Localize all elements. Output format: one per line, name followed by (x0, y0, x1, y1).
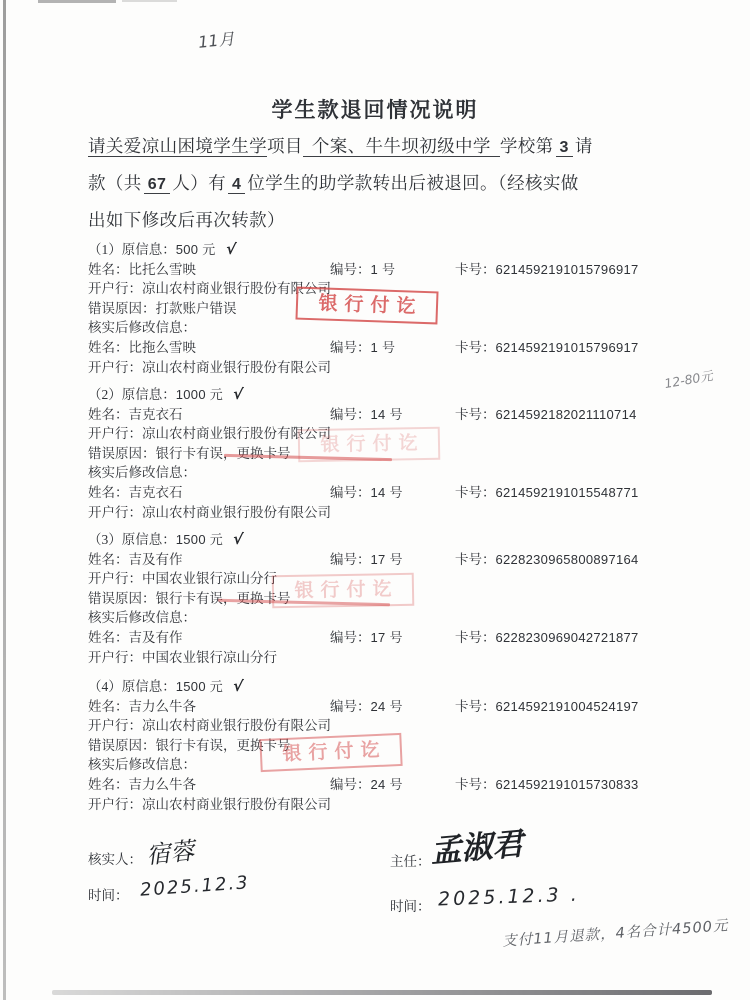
bank-value: 凉山农村商业银行股份有限公司 (142, 797, 331, 812)
number-label: 编号： (330, 407, 371, 422)
card-field: 卡号：6228230965800897164 (455, 550, 639, 570)
blank-project-name: 请关爱凉山困境学生学 (88, 136, 267, 157)
intro-run: 位学生的助学款转出后被退回。（经核实做 (247, 173, 578, 193)
card-value: 6228230965800897164 (496, 552, 639, 567)
scan-edge-left (3, 0, 6, 1000)
number-label: 编号： (330, 485, 371, 500)
checkmark-icon: √ (232, 677, 244, 698)
intro-line-3: 出如下修改后再次转款） (88, 207, 285, 232)
number-label: 编号： (330, 340, 371, 355)
intro-line-2: 款（共67人）有4位学生的助学款转出后被退回。（经核实做 (88, 170, 579, 195)
number-value: 14 号 (371, 407, 403, 422)
number-value: 1 号 (371, 340, 396, 355)
card-field: 卡号：6214592191015796917 (455, 260, 639, 280)
original-identity-row: 姓名：吉及有作 编号：17 号 卡号：6228230965800897164 (88, 550, 708, 570)
bank-value: 凉山农村商业银行股份有限公司 (142, 718, 331, 733)
card-value: 6214592191015548771 (496, 485, 639, 500)
director-date: 2025.12.3 . (438, 884, 580, 911)
number-value: 24 号 (371, 777, 403, 792)
name-value: 吉克衣石 (129, 407, 183, 422)
bank-label: 开户行： (88, 718, 142, 733)
name-value: 吉力么牛各 (129, 777, 197, 792)
original-identity-row: 姓名：比托么雪映 编号：1 号 卡号：6214592191015796917 (88, 260, 708, 280)
revised-label: 核实后修改信息： (88, 320, 196, 335)
number-label: 编号： (330, 262, 371, 277)
verifier-date: 2025.12.3 (139, 872, 250, 901)
intro-line-1: 请关爱凉山困境学生学项目个案、牛牛坝初级中学学校第3请 (88, 133, 593, 158)
number-label: 编号： (330, 699, 371, 714)
name-field: 姓名：吉及有作 (88, 630, 183, 645)
revised-identity-row: 姓名：吉及有作 编号：17 号 卡号：6228230969042721877 (88, 628, 708, 648)
bank-label: 开户行： (88, 360, 142, 375)
intro-run: 请 (575, 136, 593, 156)
name-label: 姓名： (88, 630, 129, 645)
section-header-label: （2）原信息： (88, 387, 176, 402)
bank-value: 凉山农村商业银行股份有限公司 (142, 360, 331, 375)
name-field: 姓名：比拖么雪映 (88, 340, 196, 355)
intro-run: 项目 (267, 136, 303, 156)
bank-label: 开户行： (88, 281, 142, 296)
name-field: 姓名：吉力么牛各 (88, 777, 196, 792)
original-identity-row: 姓名：吉力么牛各 编号：24 号 卡号：6214592191004524197 (88, 697, 708, 717)
card-label: 卡号： (455, 485, 496, 500)
number-field: 编号：24 号 (330, 697, 403, 717)
error-value: 银行卡有误，更换卡号 (156, 446, 291, 461)
name-value: 吉力么牛各 (129, 699, 197, 714)
revised-bank-row: 开户行：中国农业银行凉山分行 (88, 648, 708, 668)
card-label: 卡号： (455, 262, 496, 277)
intro-run: 款（共 (88, 173, 142, 193)
revised-identity-row: 姓名：比拖么雪映 编号：1 号 卡号：6214592191015796917 (88, 338, 708, 358)
name-label: 姓名： (88, 699, 129, 714)
name-label: 姓名： (88, 340, 129, 355)
bank-value: 中国农业银行凉山分行 (142, 650, 277, 665)
verifier-label: 核实人： (88, 848, 142, 868)
revised-bank-row: 开户行：凉山农村商业银行股份有限公司 (88, 795, 708, 815)
error-label: 错误原因： (88, 591, 156, 606)
number-value: 14 号 (371, 485, 403, 500)
number-label: 编号： (330, 630, 371, 645)
handwritten-payment-note: 支付11月退款，4名合计4500元 (502, 914, 729, 951)
section-header: （2）原信息：1000 元√ (88, 385, 708, 405)
section-header-label: （1）原信息： (88, 242, 176, 257)
revised-label: 核实后修改信息： (88, 757, 196, 772)
amount: 1000 元 (176, 387, 223, 402)
handwritten-month-note: 11月 (197, 26, 236, 53)
number-field: 编号：1 号 (330, 260, 395, 280)
number-label: 编号： (330, 777, 371, 792)
bank-label: 开户行： (88, 571, 142, 586)
revised-identity-row: 姓名：吉力么牛各 编号：24 号 卡号：6214592191015730833 (88, 775, 708, 795)
card-field: 卡号：6214592191004524197 (455, 697, 639, 717)
name-field: 姓名：吉克衣石 (88, 407, 183, 422)
blank-batch-number: 3 (556, 139, 573, 157)
bank-value: 中国农业银行凉山分行 (142, 571, 277, 586)
card-field: 卡号：6214592182021110714 (455, 405, 637, 425)
bank-label: 开户行： (88, 650, 142, 665)
number-label: 编号： (330, 552, 371, 567)
director-signature: 孟淑君 (428, 818, 525, 871)
amount: 500 元 (176, 242, 216, 257)
bank-label: 开户行： (88, 505, 142, 520)
verifier-time-label: 时间： (88, 884, 129, 904)
number-value: 17 号 (371, 630, 403, 645)
card-label: 卡号： (455, 407, 496, 422)
number-field: 编号：17 号 (330, 550, 403, 570)
scan-smudge (122, 0, 177, 2)
verifier-signature: 宿蓉 (144, 831, 195, 871)
error-label: 错误原因： (88, 446, 156, 461)
name-label: 姓名： (88, 262, 129, 277)
name-field: 姓名：吉克衣石 (88, 485, 183, 500)
blank-returned-count: 4 (228, 176, 245, 194)
name-label: 姓名： (88, 552, 129, 567)
scan-smudge (38, 0, 116, 3)
bank-paid-stamp: 银行付讫 (295, 287, 438, 325)
card-value: 6228230969042721877 (496, 630, 639, 645)
name-field: 姓名：吉力么牛各 (88, 699, 196, 714)
name-value: 比托么雪映 (129, 262, 197, 277)
card-label: 卡号： (455, 699, 496, 714)
director-label: 主任： (390, 850, 431, 870)
name-value: 吉及有作 (129, 630, 183, 645)
section-header: （4）原信息：1500 元√ (88, 677, 708, 697)
card-value: 6214592191015730833 (496, 777, 639, 792)
section-header-label: （3）原信息： (88, 532, 176, 547)
bank-paid-stamp: 银行付讫 (259, 733, 402, 772)
blank-total-count: 67 (144, 176, 171, 194)
number-field: 编号：24 号 (330, 775, 403, 795)
bank-label: 开户行： (88, 797, 142, 812)
intro-run: 出如下修改后再次转款） (88, 210, 285, 230)
name-label: 姓名： (88, 777, 129, 792)
card-label: 卡号： (455, 552, 496, 567)
card-value: 6214592191015796917 (496, 340, 639, 355)
number-field: 编号：14 号 (330, 483, 403, 503)
section-header: （1）原信息：500 元√ (88, 240, 708, 260)
scan-edge-bottom (52, 990, 712, 995)
name-value: 吉克衣石 (129, 485, 183, 500)
name-value: 吉及有作 (129, 552, 183, 567)
number-field: 编号：1 号 (330, 338, 395, 358)
section-header-label: （4）原信息： (88, 679, 176, 694)
name-value: 比拖么雪映 (129, 340, 197, 355)
amount: 1500 元 (176, 679, 223, 694)
intro-run: 学校第 (500, 136, 554, 156)
blank-school-name: 个案、牛牛坝初级中学 (303, 136, 500, 157)
error-label: 错误原因： (88, 738, 156, 753)
director-time-label: 时间： (390, 895, 431, 915)
section-header: （3）原信息：1500 元√ (88, 530, 708, 550)
revised-identity-row: 姓名：吉克衣石 编号：14 号 卡号：6214592191015548771 (88, 483, 708, 503)
card-label: 卡号： (455, 340, 496, 355)
name-label: 姓名： (88, 485, 129, 500)
name-field: 姓名：吉及有作 (88, 552, 183, 567)
revised-heading-row: 核实后修改信息： (88, 608, 708, 628)
bank-label: 开户行： (88, 426, 142, 441)
revised-heading-row: 核实后修改信息： (88, 463, 708, 483)
checkmark-icon: √ (225, 240, 237, 261)
intro-run: 人）有 (172, 173, 226, 193)
card-value: 6214592191004524197 (496, 699, 639, 714)
error-value: 打款账户错误 (156, 301, 237, 316)
card-label: 卡号： (455, 777, 496, 792)
card-value: 6214592191015796917 (496, 262, 639, 277)
checkmark-icon: √ (232, 530, 244, 551)
bank-value: 凉山农村商业银行股份有限公司 (142, 505, 331, 520)
number-value: 1 号 (371, 262, 396, 277)
card-field: 卡号：6214592191015730833 (455, 775, 639, 795)
revised-label: 核实后修改信息： (88, 610, 196, 625)
number-field: 编号：17 号 (330, 628, 403, 648)
card-field: 卡号：6214592191015796917 (455, 338, 639, 358)
number-field: 编号：14 号 (330, 405, 403, 425)
amount: 1500 元 (176, 532, 223, 547)
card-label: 卡号： (455, 630, 496, 645)
card-value: 6214592182021110714 (496, 407, 637, 422)
scanned-document-page: 11月 学生款退回情况说明 请关爱凉山困境学生学项目个案、牛牛坝初级中学学校第3… (0, 0, 750, 1000)
name-field: 姓名：比托么雪映 (88, 262, 196, 277)
error-label: 错误原因： (88, 301, 156, 316)
original-identity-row: 姓名：吉克衣石 编号：14 号 卡号：6214592182021110714 (88, 405, 708, 425)
revised-bank-row: 开户行：凉山农村商业银行股份有限公司 (88, 503, 708, 523)
checkmark-icon: √ (232, 385, 244, 406)
name-label: 姓名： (88, 407, 129, 422)
number-value: 17 号 (371, 552, 403, 567)
number-value: 24 号 (371, 699, 403, 714)
card-field: 卡号：6228230969042721877 (455, 628, 639, 648)
document-title: 学生款退回情况说明 (0, 94, 750, 124)
card-field: 卡号：6214592191015548771 (455, 483, 639, 503)
revised-label: 核实后修改信息： (88, 465, 196, 480)
revised-bank-row: 开户行：凉山农村商业银行股份有限公司 (88, 358, 708, 378)
